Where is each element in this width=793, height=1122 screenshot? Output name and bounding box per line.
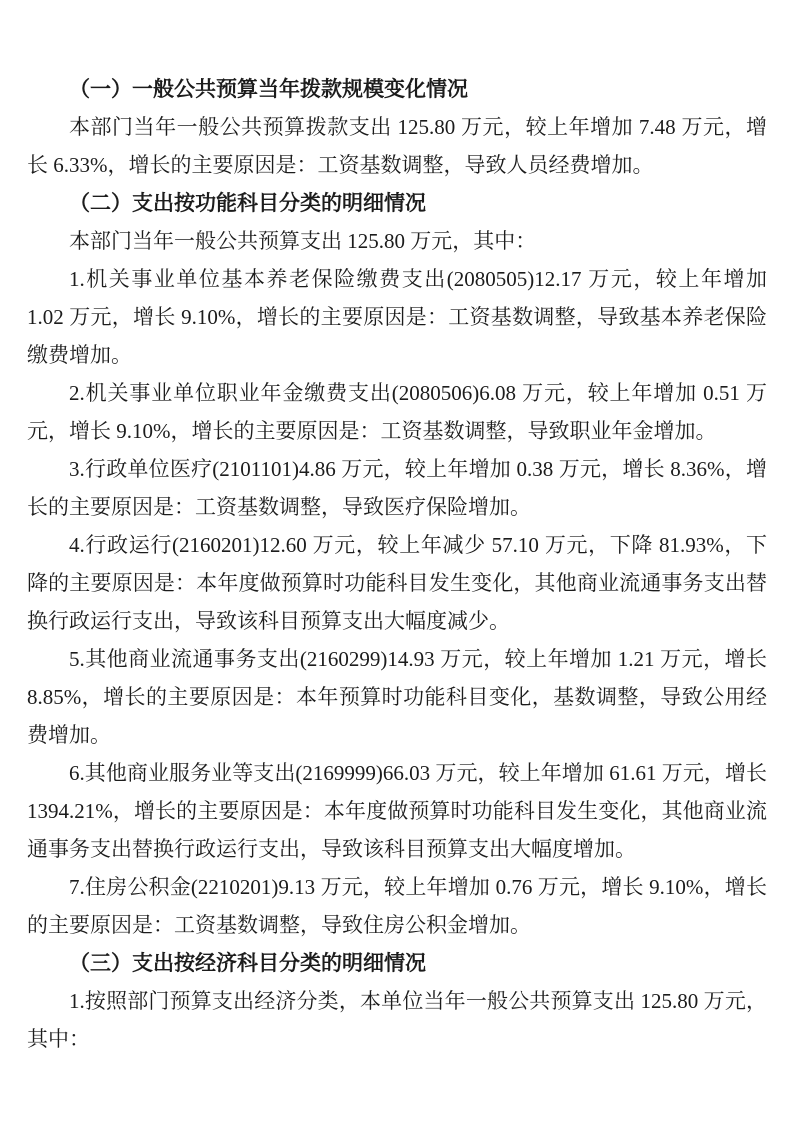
- section-heading: （三）支出按经济科目分类的明细情况: [27, 944, 767, 982]
- section-heading: （二）支出按功能科目分类的明细情况: [27, 184, 767, 222]
- body-paragraph: 1.机关事业单位基本养老保险缴费支出(2080505)12.17 万元，较上年增…: [27, 260, 767, 374]
- body-paragraph: 3.行政单位医疗(2101101)4.86 万元，较上年增加 0.38 万元，增…: [27, 450, 767, 526]
- body-paragraph: 本部门当年一般公共预算拨款支出 125.80 万元，较上年增加 7.48 万元，…: [27, 108, 767, 184]
- document-page: （一）一般公共预算当年拨款规模变化情况本部门当年一般公共预算拨款支出 125.8…: [0, 0, 793, 1122]
- body-paragraph: 本部门当年一般公共预算支出 125.80 万元，其中：: [27, 222, 767, 260]
- body-paragraph: 5.其他商业流通事务支出(2160299)14.93 万元，较上年增加 1.21…: [27, 640, 767, 754]
- body-paragraph: 1.按照部门预算支出经济分类，本单位当年一般公共预算支出 125.80 万元，其…: [27, 982, 767, 1058]
- body-paragraph: 4.行政运行(2160201)12.60 万元，较上年减少 57.10 万元，下…: [27, 526, 767, 640]
- section-heading: （一）一般公共预算当年拨款规模变化情况: [27, 70, 767, 108]
- body-paragraph: 2.机关事业单位职业年金缴费支出(2080506)6.08 万元，较上年增加 0…: [27, 374, 767, 450]
- body-paragraph: 7.住房公积金(2210201)9.13 万元，较上年增加 0.76 万元，增长…: [27, 868, 767, 944]
- document-body: （一）一般公共预算当年拨款规模变化情况本部门当年一般公共预算拨款支出 125.8…: [27, 70, 767, 1058]
- body-paragraph: 6.其他商业服务业等支出(2169999)66.03 万元，较上年增加 61.6…: [27, 754, 767, 868]
